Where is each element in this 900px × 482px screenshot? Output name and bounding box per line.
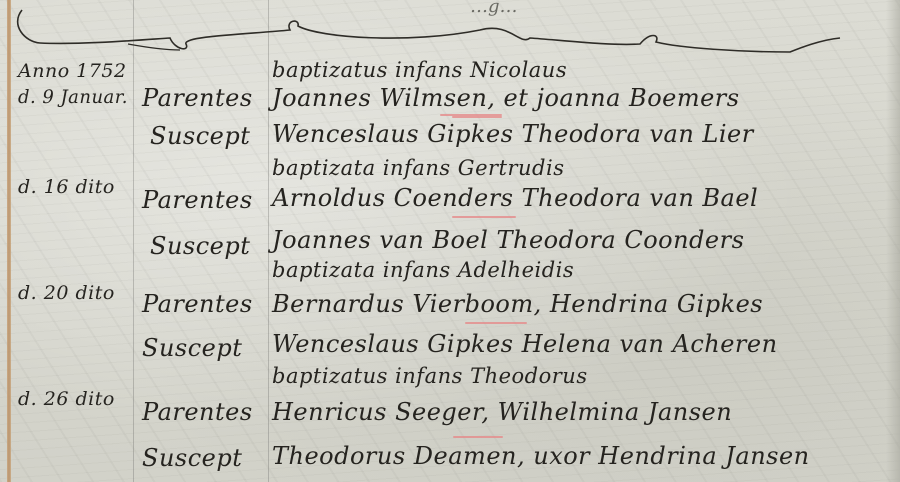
column-divider-role <box>268 0 269 482</box>
red-underline-sponsor <box>452 116 502 118</box>
entry-3-parents-label: Parentes <box>142 290 253 318</box>
entry-1-sponsors: Wenceslaus Gipkes Theodora van Lier <box>272 120 754 148</box>
entry-3-sponsors-label: Suscept <box>142 334 242 362</box>
entry-1-date: d. 9 Januar. <box>18 86 128 108</box>
entry-4-parents: Henricus Seeger, Wilhelmina Jansen <box>272 398 732 426</box>
entry-1-sponsors-label: Suscept <box>150 122 250 150</box>
entry-3-baptism: baptizata infans Adelheidis <box>272 258 574 282</box>
entry-2-baptism: baptizata infans Gertrudis <box>272 156 564 180</box>
entry-3-sponsors: Wenceslaus Gipkes Helena van Acheren <box>272 330 778 358</box>
entry-3-date: d. 20 dito <box>18 282 115 304</box>
entry-1-baptism: baptizatus infans Nicolaus <box>272 58 567 82</box>
year-label: Anno 1752 <box>18 60 127 82</box>
entry-2-parents-label: Parentes <box>142 186 253 214</box>
entry-4-date: d. 26 dito <box>18 388 115 410</box>
entry-2-sponsors-label: Suscept <box>150 232 250 260</box>
red-underline-surname <box>465 322 527 324</box>
entry-1-parents: Joannes Wilmsen, et joanna Boemers <box>272 84 740 112</box>
entry-4-parents-label: Parentes <box>142 398 253 426</box>
red-underline-surname <box>453 436 503 438</box>
left-margin-rule <box>7 0 11 482</box>
page-edge-shadow <box>886 0 900 482</box>
entry-4-baptism: baptizatus infans Theodorus <box>272 364 588 388</box>
column-divider-date <box>133 0 134 482</box>
entry-4-sponsors: Theodorus Deamen, uxor Hendrina Jansen <box>272 442 810 470</box>
entry-4-sponsors-label: Suscept <box>142 444 242 472</box>
entry-2-parents: Arnoldus Coenders Theodora van Bael <box>272 184 758 212</box>
entry-2-sponsors: Joannes van Boel Theodora Coonders <box>272 226 744 254</box>
register-page: …g… Anno 1752 d. 9 Januar. baptizatus in… <box>0 0 900 482</box>
entry-1-parents-label: Parentes <box>142 84 253 112</box>
red-underline-surname <box>452 216 516 218</box>
entry-2-date: d. 16 dito <box>18 176 115 198</box>
entry-3-parents: Bernardus Vierboom, Hendrina Gipkes <box>272 290 763 318</box>
